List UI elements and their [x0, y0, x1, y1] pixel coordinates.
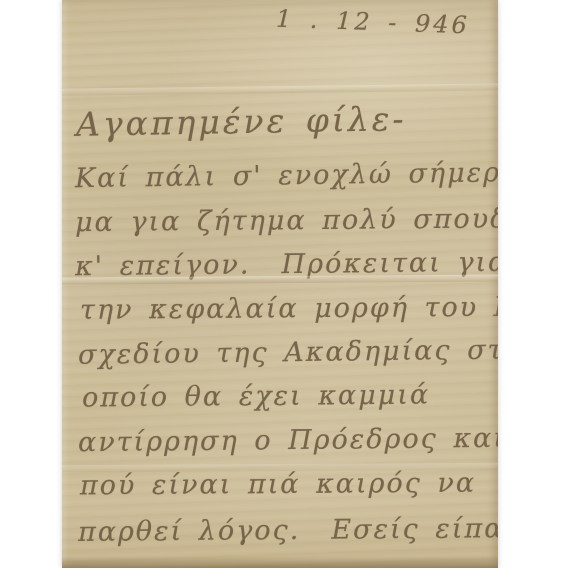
- letter-line: την κεφαλαία μορφή του Νομο-: [80, 287, 498, 331]
- letter-line: Καί πάλι σ' ενοχλώ σήμερα,: [75, 153, 498, 199]
- letter-line: παρθεί λόγος. Εσείς είπα: [78, 509, 498, 553]
- letter-paper: 1 . 12 - 946 Αγαπημένε φίλε- Καί πάλι σ'…: [62, 0, 498, 568]
- paper-bottom-edge: [62, 556, 498, 568]
- letter-line: μα για ζήτημα πολύ σπουδαίο,: [75, 199, 498, 243]
- letter-line: αντίρρηση ο Πρόεδρος καί: [78, 419, 498, 463]
- letter-line: σχεδίου της Ακαδημίας στό: [78, 330, 498, 375]
- letter-line: οποίο θα έχει καμμιά: [82, 375, 430, 418]
- page-background: { "colors": { "paper": "#cdbd9a", "ink":…: [0, 0, 568, 568]
